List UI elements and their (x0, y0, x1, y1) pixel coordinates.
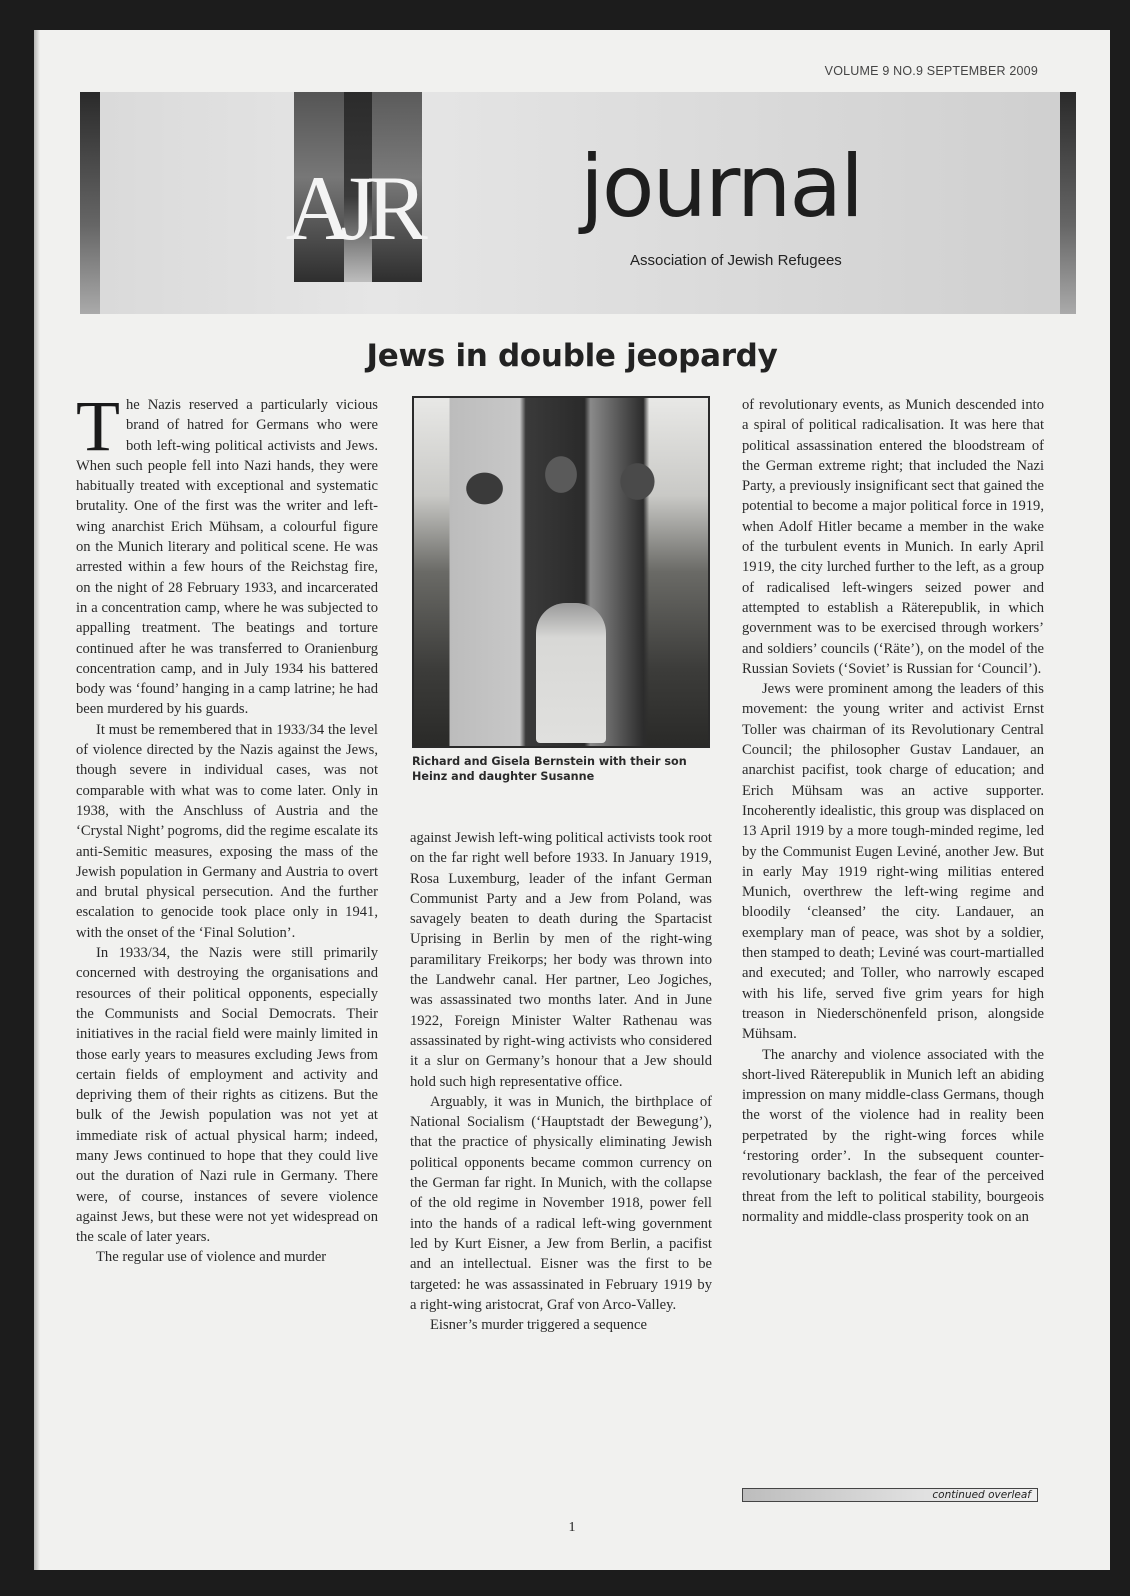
logo-letter-r: R (372, 92, 422, 282)
ajr-logo: A J R (294, 92, 514, 282)
page-edge-shadow (34, 30, 40, 1570)
article-column-2: against Jewish left-wing political activ… (410, 828, 712, 1335)
paragraph: of revolutionary events, as Munich desce… (742, 395, 1044, 679)
logo-letter-a: A (294, 92, 344, 282)
paragraph: Jews were prominent among the leaders of… (742, 679, 1044, 1044)
article-headline: Jews in double jeopardy (34, 338, 1110, 374)
paragraph: against Jewish left-wing political activ… (410, 828, 712, 1092)
photo-figure-child (536, 603, 606, 743)
masthead-title: journal (580, 144, 862, 230)
paragraph: The regular use of violence and murder (76, 1247, 378, 1267)
paragraph: Eisner’s murder triggered a sequence (410, 1315, 712, 1335)
paragraph: Arguably, it was in Munich, the birthpla… (410, 1092, 712, 1315)
page-number: 1 (34, 1520, 1110, 1536)
issue-info: VOLUME 9 NO.9 SEPTEMBER 2009 (825, 64, 1038, 78)
paragraph: The Nazis reserved a particularly viciou… (76, 395, 378, 720)
paragraph: The anarchy and violence associated with… (742, 1045, 1044, 1228)
masthead-right-bar (1060, 92, 1076, 314)
masthead-left-bar (80, 92, 100, 314)
continued-overleaf-banner: continued overleaf (742, 1488, 1038, 1502)
article-column-1: The Nazis reserved a particularly viciou… (76, 395, 378, 1268)
photo-caption: Richard and Gisela Bernstein with their … (412, 754, 722, 784)
masthead: A J R journal Association of Jewish Refu… (80, 92, 1076, 314)
masthead-subtitle: Association of Jewish Refugees (630, 252, 842, 269)
paragraph: It must be remembered that in 1933/34 th… (76, 720, 378, 943)
article-column-3: of revolutionary events, as Munich desce… (742, 395, 1044, 1227)
drop-cap: T (76, 397, 120, 455)
paragraph: In 1933/34, the Nazis were still primari… (76, 943, 378, 1247)
journal-page: VOLUME 9 NO.9 SEPTEMBER 2009 A J R journ… (34, 30, 1110, 1570)
family-photo (412, 396, 710, 748)
